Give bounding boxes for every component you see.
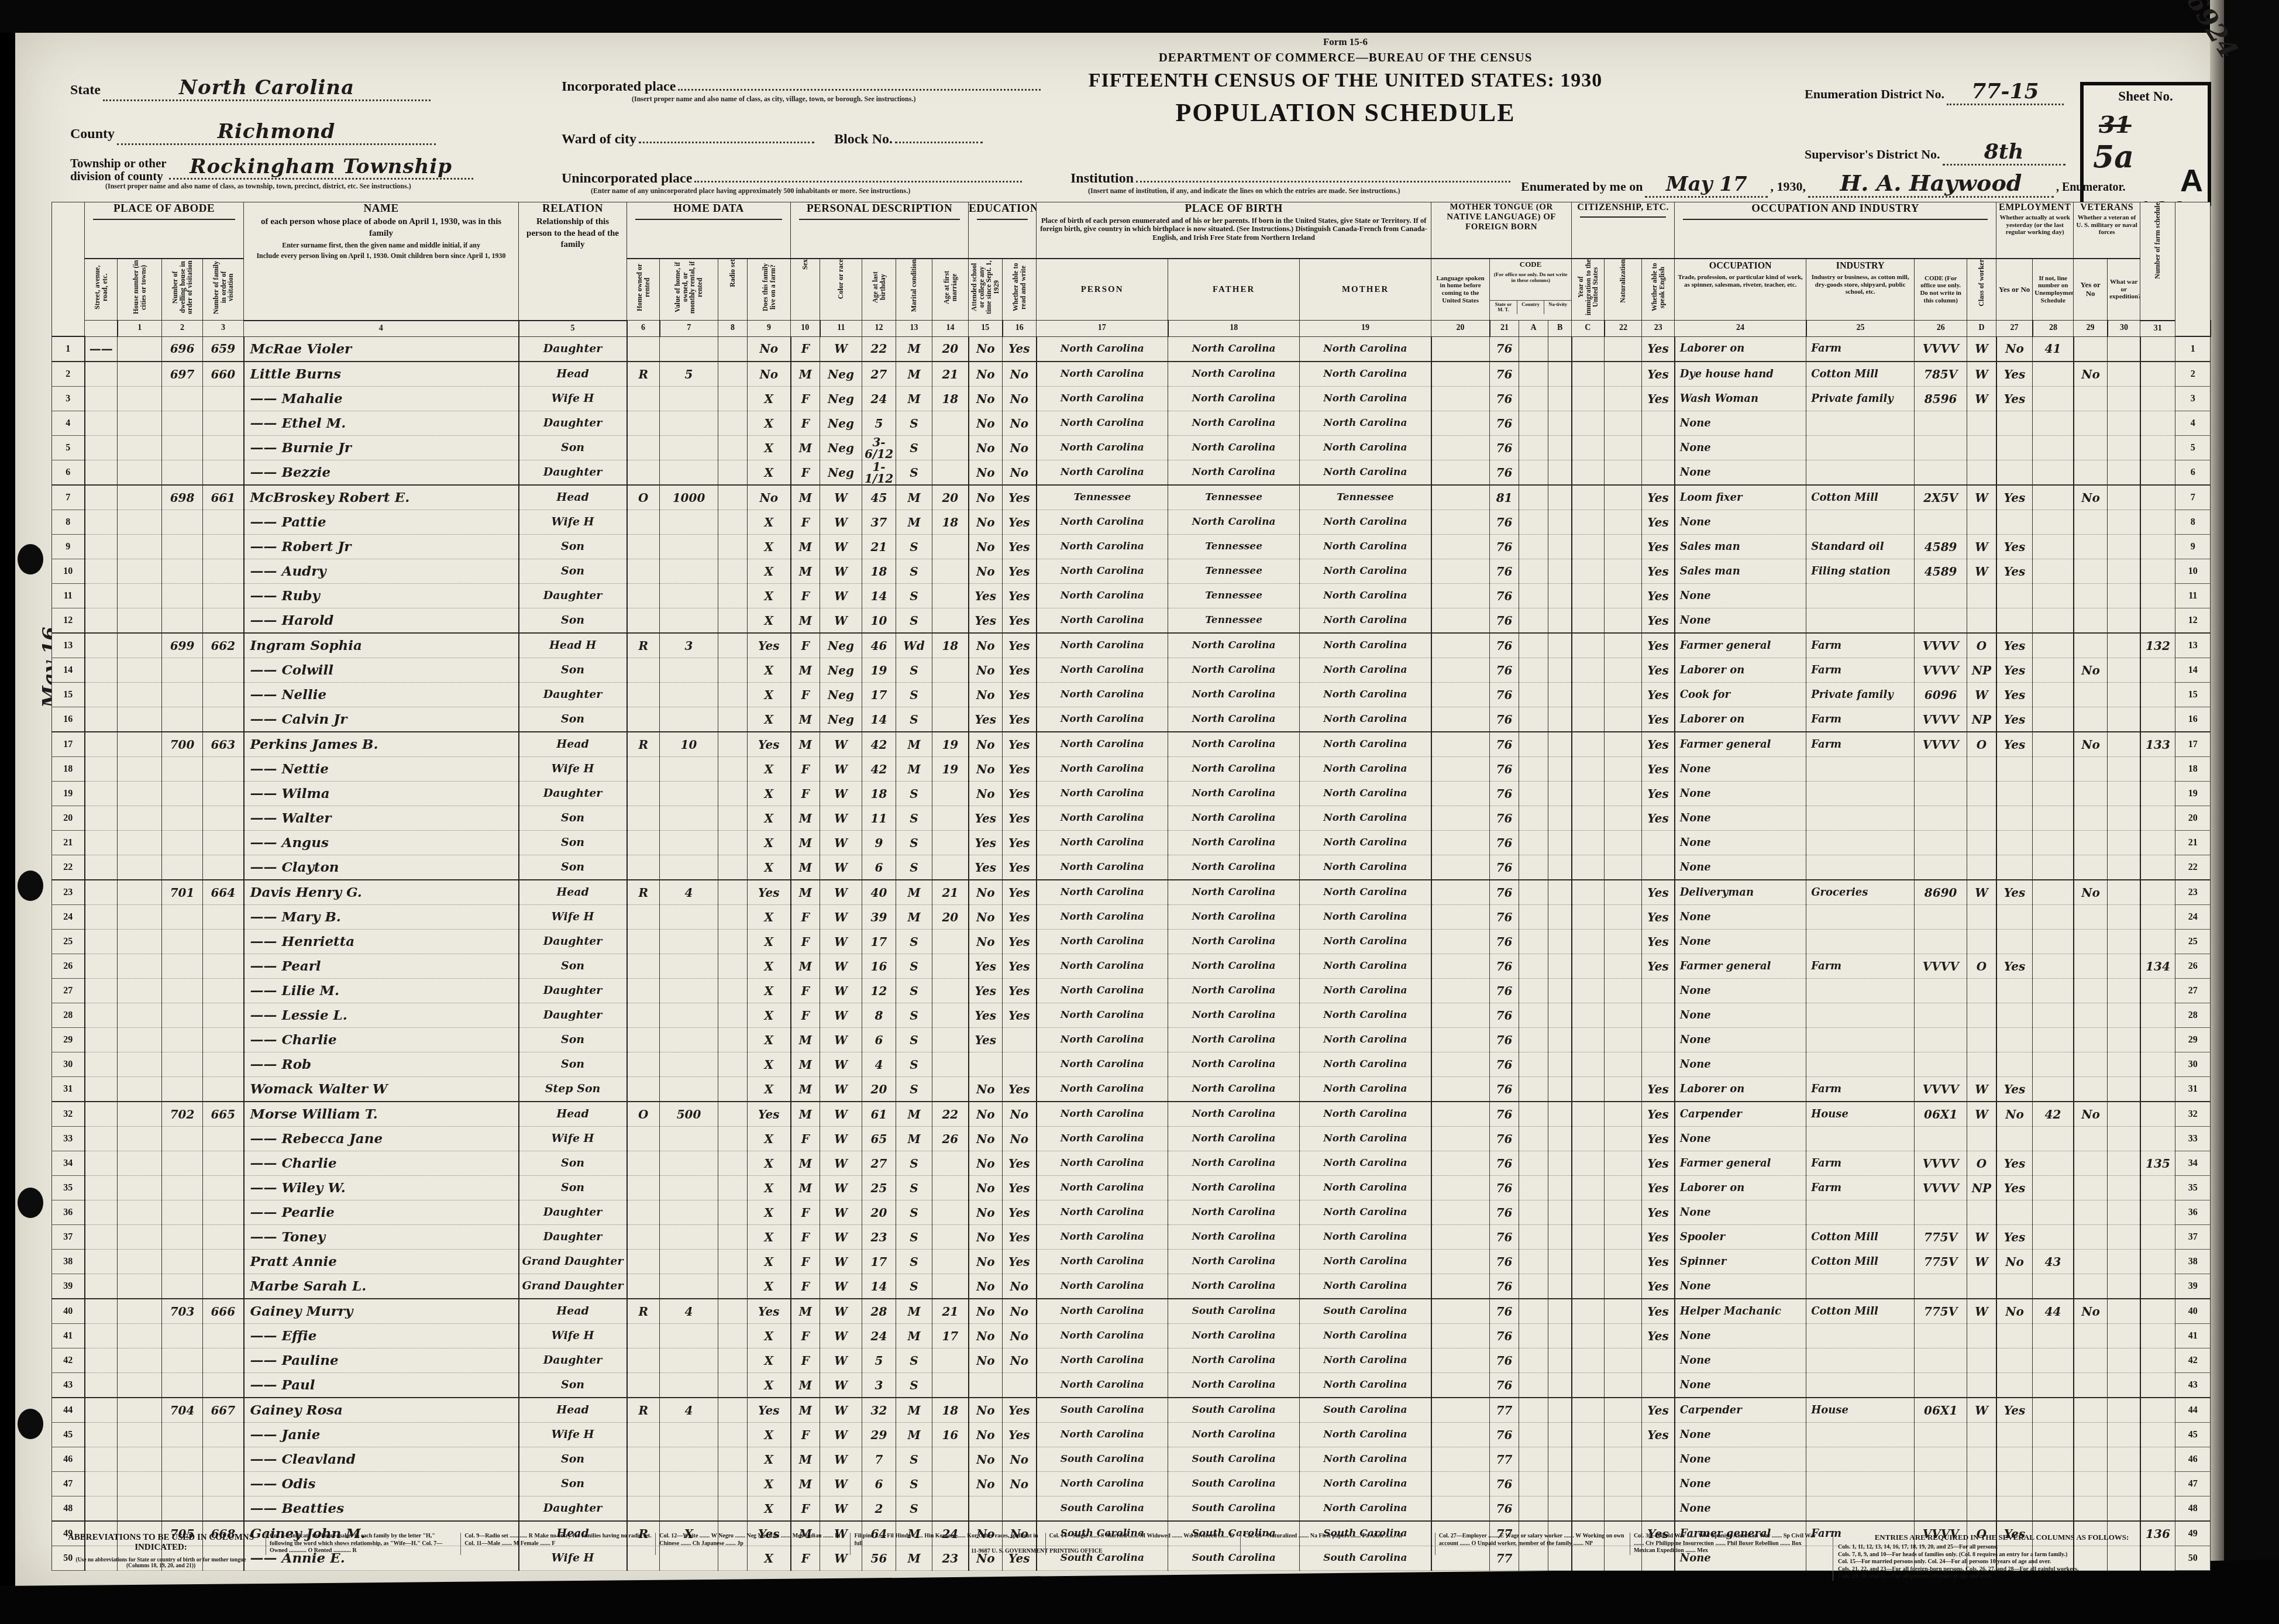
cell-vl bbox=[660, 1447, 718, 1472]
col-at-work: Yes or No bbox=[1996, 259, 2033, 321]
cell-pf: North Carolina bbox=[1168, 954, 1300, 979]
punch-hole bbox=[18, 871, 43, 901]
cell-am: 20 bbox=[932, 905, 969, 930]
cell-in: Groceries bbox=[1806, 880, 1915, 905]
cell-cc bbox=[1548, 757, 1572, 782]
line-number-left: 37 bbox=[52, 1225, 85, 1250]
cell-wk bbox=[1996, 1003, 2033, 1028]
cell-sc bbox=[969, 1052, 1003, 1077]
cell-ag: 22 bbox=[862, 336, 896, 362]
cell-rd bbox=[718, 608, 748, 634]
cell-pm: South Carolina bbox=[1300, 1398, 1431, 1423]
cell-oc: None bbox=[1675, 510, 1806, 535]
col-occupation-code: CODE (For office use only. Do not write … bbox=[1915, 259, 1967, 321]
cell-ca: 77 bbox=[1490, 1447, 1519, 1472]
cell-vl: 4 bbox=[660, 880, 718, 905]
line-number-left: 8 bbox=[52, 510, 85, 535]
cell-dw bbox=[162, 930, 203, 954]
cell-pf: North Carolina bbox=[1168, 1102, 1300, 1127]
cell-ul bbox=[2033, 1324, 2074, 1348]
cell-ow bbox=[627, 1225, 660, 1250]
line-number-left: 31 bbox=[52, 1077, 85, 1102]
line-number-right: 18 bbox=[2175, 757, 2211, 782]
cell-ho bbox=[118, 1472, 162, 1496]
cell-rd bbox=[718, 1250, 748, 1274]
cell-oc: None bbox=[1675, 806, 1806, 831]
cell-ul bbox=[2033, 905, 2074, 930]
column-number-6: 6 bbox=[627, 321, 660, 337]
cell-mr: S bbox=[896, 930, 932, 954]
cell-wr bbox=[2108, 1274, 2140, 1299]
cell-nm: Marbe Sarah L. bbox=[244, 1274, 519, 1299]
cell-fs bbox=[2140, 930, 2175, 954]
cell-st bbox=[85, 1052, 118, 1077]
cell-cc bbox=[1548, 436, 1572, 460]
cell-sx: F bbox=[791, 1274, 820, 1299]
cell-cc bbox=[1548, 683, 1572, 707]
cell-oc: None bbox=[1675, 930, 1806, 954]
cell-oc: Wash Woman bbox=[1675, 387, 1806, 411]
cell-fa: X bbox=[748, 979, 791, 1003]
block-label: Block No. bbox=[834, 132, 893, 147]
cell-ag: 9 bbox=[862, 831, 896, 855]
cell-cd: VVVV bbox=[1915, 658, 1967, 683]
cell-im bbox=[1572, 880, 1605, 905]
cell-sc bbox=[969, 1373, 1003, 1398]
cell-na bbox=[1605, 1299, 1642, 1324]
cell-ca: 76 bbox=[1490, 1324, 1519, 1348]
cell-wr bbox=[2108, 1127, 2140, 1151]
cell-im bbox=[1572, 1127, 1605, 1151]
cell-na bbox=[1605, 831, 1642, 855]
cell-cd: 8596 bbox=[1915, 387, 1967, 411]
cell-sc: No bbox=[969, 1472, 1003, 1496]
cell-st: —— bbox=[85, 336, 118, 362]
cell-in bbox=[1806, 1496, 1915, 1522]
cell-vl bbox=[660, 510, 718, 535]
cell-sx: M bbox=[791, 362, 820, 387]
cell-rc: Neg bbox=[820, 633, 862, 658]
cell-ho bbox=[118, 559, 162, 584]
entries-note: Cols. 7, 8, 9, and 10—For heads of famil… bbox=[1838, 1551, 2166, 1559]
cell-rw: Yes bbox=[1003, 1176, 1037, 1200]
cell-sc: No bbox=[969, 732, 1003, 757]
paper-edge-right bbox=[2210, 0, 2224, 1624]
cell-rl: Son bbox=[519, 1151, 627, 1176]
cell-mr: S bbox=[896, 1003, 932, 1028]
cell-ul bbox=[2033, 954, 2074, 979]
cell-sc: Yes bbox=[969, 1028, 1003, 1052]
cell-nm: —— Burnie Jr bbox=[244, 436, 519, 460]
cell-cd bbox=[1915, 1472, 1967, 1496]
cell-en: Yes bbox=[1642, 782, 1675, 806]
cell-oc: None bbox=[1675, 979, 1806, 1003]
cell-rd bbox=[718, 436, 748, 460]
cell-im bbox=[1572, 1373, 1605, 1398]
cell-rd bbox=[718, 1324, 748, 1348]
cell-sc: No bbox=[969, 1102, 1003, 1127]
cell-fa: X bbox=[748, 782, 791, 806]
cell-oc: Farmer general bbox=[1675, 1151, 1806, 1176]
cell-cl: W bbox=[1967, 362, 1996, 387]
line-number-left: 18 bbox=[52, 757, 85, 782]
cell-wr bbox=[2108, 608, 2140, 634]
census-row-38: 38Pratt AnnieGrand DaughterXFW17SNoYesNo… bbox=[52, 1250, 2211, 1274]
cell-ho bbox=[118, 633, 162, 658]
cell-pm: North Carolina bbox=[1300, 362, 1431, 387]
cell-rw: No bbox=[1003, 1299, 1037, 1324]
cell-en bbox=[1642, 1472, 1675, 1496]
cell-wk bbox=[1996, 782, 2033, 806]
census-row-33: 33—— Rebecca JaneWife HXFW65M26NoNoNorth… bbox=[52, 1127, 2211, 1151]
census-row-6: 6—— BezzieDaughterXFNeg1-1/12SNoNoNorth … bbox=[52, 460, 2211, 486]
group-citizenship: CITIZENSHIP, ETC. bbox=[1572, 202, 1675, 259]
cell-st bbox=[85, 1299, 118, 1324]
cell-en: Yes bbox=[1642, 584, 1675, 608]
group-education: EDUCATION bbox=[969, 202, 1037, 259]
census-row-39: 39Marbe Sarah L.Grand DaughterXFW14SNoNo… bbox=[52, 1274, 2211, 1299]
cell-pb: North Carolina bbox=[1037, 1052, 1168, 1077]
cell-cc bbox=[1548, 930, 1572, 954]
cell-rc: W bbox=[820, 732, 862, 757]
cell-ho bbox=[118, 1003, 162, 1028]
cell-pb: North Carolina bbox=[1037, 608, 1168, 634]
cell-ow bbox=[627, 1496, 660, 1522]
cell-rl: Son bbox=[519, 1472, 627, 1496]
cell-rc: Neg bbox=[820, 707, 862, 732]
cell-vt bbox=[2074, 387, 2108, 411]
col-birthplace-father: FATHER bbox=[1168, 259, 1300, 321]
cell-vl bbox=[660, 1324, 718, 1348]
col-unemployment-line: If not, line number on Unemployment Sche… bbox=[2033, 259, 2074, 321]
cell-rd bbox=[718, 387, 748, 411]
cell-sx: F bbox=[791, 1250, 820, 1274]
cell-wk bbox=[1996, 1274, 2033, 1299]
cell-oc: Laborer on bbox=[1675, 1176, 1806, 1200]
cell-ow bbox=[627, 1077, 660, 1102]
cell-en: Yes bbox=[1642, 1151, 1675, 1176]
cell-vt bbox=[2074, 707, 2108, 732]
cell-cc bbox=[1548, 1102, 1572, 1127]
cell-rl: Head bbox=[519, 485, 627, 510]
cell-in bbox=[1806, 831, 1915, 855]
cell-vl bbox=[660, 460, 718, 486]
cell-vl bbox=[660, 979, 718, 1003]
cell-cl bbox=[1967, 510, 1996, 535]
cell-cl bbox=[1967, 806, 1996, 831]
line-number-column-header bbox=[2175, 202, 2211, 337]
cell-fs bbox=[2140, 1373, 2175, 1398]
cell-sc: No bbox=[969, 460, 1003, 486]
cell-ow bbox=[627, 1127, 660, 1151]
column-number-16: 16 bbox=[1003, 321, 1037, 337]
cell-wr bbox=[2108, 485, 2140, 510]
cell-oc: None bbox=[1675, 757, 1806, 782]
line-number-left: 27 bbox=[52, 979, 85, 1003]
column-number-20: 20 bbox=[1431, 321, 1490, 337]
cell-fm bbox=[203, 1496, 244, 1522]
cell-fs bbox=[2140, 855, 2175, 880]
cell-pm: North Carolina bbox=[1300, 855, 1431, 880]
cell-ag: 32 bbox=[862, 1398, 896, 1423]
cell-wr bbox=[2108, 1052, 2140, 1077]
line-number-right: 32 bbox=[2175, 1102, 2211, 1127]
cell-rc: W bbox=[820, 1225, 862, 1250]
cell-ca: 76 bbox=[1490, 1052, 1519, 1077]
cell-ho bbox=[118, 1299, 162, 1324]
cell-fa: X bbox=[748, 608, 791, 634]
cell-dw bbox=[162, 411, 203, 436]
cell-rw: Yes bbox=[1003, 782, 1037, 806]
cell-mt bbox=[1431, 535, 1490, 559]
cell-en bbox=[1642, 411, 1675, 436]
line-number-right: 19 bbox=[2175, 782, 2211, 806]
cell-rl: Daughter bbox=[519, 1496, 627, 1522]
cell-wr bbox=[2108, 387, 2140, 411]
cell-pm: North Carolina bbox=[1300, 633, 1431, 658]
cell-ow bbox=[627, 855, 660, 880]
cell-wr bbox=[2108, 510, 2140, 535]
cell-dw: 703 bbox=[162, 1299, 203, 1324]
census-row-15: 15—— NellieDaughterXFNeg17SNoYesNorth Ca… bbox=[52, 683, 2211, 707]
cell-st bbox=[85, 1127, 118, 1151]
cell-am bbox=[932, 1176, 969, 1200]
cell-pb: North Carolina bbox=[1037, 387, 1168, 411]
cell-rl: Wife H bbox=[519, 757, 627, 782]
line-number-left: 11 bbox=[52, 584, 85, 608]
cell-ul bbox=[2033, 1274, 2074, 1299]
incorporated-field: Incorporated place (Insert proper name a… bbox=[562, 79, 1041, 104]
cell-vl bbox=[660, 707, 718, 732]
cell-sc: No bbox=[969, 1077, 1003, 1102]
cell-ul: 43 bbox=[2033, 1250, 2074, 1274]
cell-am bbox=[932, 979, 969, 1003]
line-number-right: 50 bbox=[2175, 1546, 2211, 1571]
cell-fs bbox=[2140, 485, 2175, 510]
state-label: State bbox=[70, 82, 101, 98]
census-row-3: 3—— MahalieWife HXFNeg24M18NoNoNorth Car… bbox=[52, 387, 2211, 411]
cell-oc: None bbox=[1675, 1028, 1806, 1052]
cell-fs bbox=[2140, 1398, 2175, 1423]
cell-pb: North Carolina bbox=[1037, 1250, 1168, 1274]
cell-ul bbox=[2033, 1423, 2074, 1447]
cell-rd bbox=[718, 658, 748, 683]
col-school: Attended school or college any time sinc… bbox=[969, 259, 1003, 321]
cell-fm bbox=[203, 1127, 244, 1151]
cell-st bbox=[85, 1028, 118, 1052]
cell-cl: W bbox=[1967, 1225, 1996, 1250]
cell-pm: North Carolina bbox=[1300, 880, 1431, 905]
cell-pb: North Carolina bbox=[1037, 1299, 1168, 1324]
cell-sc: No bbox=[969, 411, 1003, 436]
line-number-left: 48 bbox=[52, 1496, 85, 1522]
cell-sc: Yes bbox=[969, 855, 1003, 880]
cell-pb: North Carolina bbox=[1037, 1423, 1168, 1447]
cell-na bbox=[1605, 1176, 1642, 1200]
cell-ul bbox=[2033, 1176, 2074, 1200]
cell-nm: —— Lessie L. bbox=[244, 1003, 519, 1028]
cell-en: Yes bbox=[1642, 683, 1675, 707]
cell-ca: 76 bbox=[1490, 411, 1519, 436]
cell-na bbox=[1605, 855, 1642, 880]
cell-rd bbox=[718, 1052, 748, 1077]
cell-cc bbox=[1548, 1077, 1572, 1102]
cell-dw bbox=[162, 510, 203, 535]
line-number-left: 5 bbox=[52, 436, 85, 460]
cell-en bbox=[1642, 1447, 1675, 1472]
cell-nm: —— Walter bbox=[244, 806, 519, 831]
cell-ca: 76 bbox=[1490, 1028, 1519, 1052]
cell-wr bbox=[2108, 362, 2140, 387]
cell-fm bbox=[203, 1151, 244, 1176]
cell-in bbox=[1806, 1028, 1915, 1052]
cell-cl: W bbox=[1967, 1299, 1996, 1324]
cell-im bbox=[1572, 1423, 1605, 1447]
cell-ul bbox=[2033, 633, 2074, 658]
cell-rw: Yes bbox=[1003, 1225, 1037, 1250]
cell-fm: 665 bbox=[203, 1102, 244, 1127]
cell-ca: 76 bbox=[1490, 930, 1519, 954]
cell-ag: 20 bbox=[862, 1200, 896, 1225]
column-number-10: 10 bbox=[791, 321, 820, 337]
cell-im bbox=[1572, 387, 1605, 411]
cell-mr: S bbox=[896, 1151, 932, 1176]
cell-fm bbox=[203, 1052, 244, 1077]
cell-mt bbox=[1431, 1447, 1490, 1472]
cell-ho bbox=[118, 1028, 162, 1052]
cell-sc: No bbox=[969, 1176, 1003, 1200]
cell-na bbox=[1605, 1447, 1642, 1472]
cell-fa: X bbox=[748, 930, 791, 954]
cell-rc: W bbox=[820, 1077, 862, 1102]
cell-ag: 6 bbox=[862, 1028, 896, 1052]
cell-ow bbox=[627, 782, 660, 806]
cell-dw bbox=[162, 855, 203, 880]
cell-ag: 39 bbox=[862, 905, 896, 930]
cell-im bbox=[1572, 1225, 1605, 1250]
ed-value: 77-15 bbox=[1947, 79, 2064, 105]
cell-sx: M bbox=[791, 831, 820, 855]
cell-rl: Wife H bbox=[519, 1423, 627, 1447]
cell-nm: —— Bezzie bbox=[244, 460, 519, 486]
cell-cl bbox=[1967, 1274, 1996, 1299]
line-number-left: 44 bbox=[52, 1398, 85, 1423]
cell-pf: North Carolina bbox=[1168, 1373, 1300, 1398]
cell-fs bbox=[2140, 535, 2175, 559]
cell-nm: Perkins James B. bbox=[244, 732, 519, 757]
cell-rw: Yes bbox=[1003, 930, 1037, 954]
cell-am: 20 bbox=[932, 336, 969, 362]
cell-oc: Spinner bbox=[1675, 1250, 1806, 1274]
line-number-left: 21 bbox=[52, 831, 85, 855]
cell-am bbox=[932, 559, 969, 584]
cell-am bbox=[932, 683, 969, 707]
cell-st bbox=[85, 1003, 118, 1028]
cell-fs bbox=[2140, 460, 2175, 486]
cell-sc: No bbox=[969, 535, 1003, 559]
cell-vl bbox=[660, 1496, 718, 1522]
cell-pm: Tennessee bbox=[1300, 485, 1431, 510]
cell-cl: W bbox=[1967, 559, 1996, 584]
cell-ca: 76 bbox=[1490, 1102, 1519, 1127]
cell-ca: 76 bbox=[1490, 633, 1519, 658]
cell-pf: North Carolina bbox=[1168, 905, 1300, 930]
cell-ca: 76 bbox=[1490, 1423, 1519, 1447]
cell-na bbox=[1605, 1250, 1642, 1274]
printing-office-note: 11-9687 U. S. GOVERNMENT PRINTING OFFICE bbox=[971, 1548, 1103, 1554]
cell-ag: 4 bbox=[862, 1052, 896, 1077]
cell-mt bbox=[1431, 1250, 1490, 1274]
cell-wr bbox=[2108, 584, 2140, 608]
cell-fs bbox=[2140, 584, 2175, 608]
cell-nm: —— Pattie bbox=[244, 510, 519, 535]
cell-im bbox=[1572, 1077, 1605, 1102]
cell-rl: Head bbox=[519, 1398, 627, 1423]
cell-rl: Head bbox=[519, 732, 627, 757]
cell-ho bbox=[118, 732, 162, 757]
cell-fs bbox=[2140, 436, 2175, 460]
cell-cl bbox=[1967, 436, 1996, 460]
cell-im bbox=[1572, 806, 1605, 831]
cell-wr bbox=[2108, 1225, 2140, 1250]
ed-field: Enumeration District No. 77-15 bbox=[1805, 79, 2064, 105]
cell-pf: North Carolina bbox=[1168, 1077, 1300, 1102]
cell-fm bbox=[203, 1472, 244, 1496]
cell-vt: No bbox=[2074, 485, 2108, 510]
cell-fm: 666 bbox=[203, 1299, 244, 1324]
cell-im bbox=[1572, 1200, 1605, 1225]
cell-mt bbox=[1431, 1324, 1490, 1348]
cell-mr: S bbox=[896, 1176, 932, 1200]
cell-fs bbox=[2140, 362, 2175, 387]
cell-ul bbox=[2033, 1225, 2074, 1250]
cell-vt bbox=[2074, 1398, 2108, 1423]
cell-ul bbox=[2033, 1496, 2074, 1522]
cell-fs: 134 bbox=[2140, 954, 2175, 979]
cell-fs bbox=[2140, 707, 2175, 732]
cell-sx: F bbox=[791, 930, 820, 954]
cell-en bbox=[1642, 1373, 1675, 1398]
cell-pm: North Carolina bbox=[1300, 930, 1431, 954]
col-age: Age at last birthday bbox=[862, 259, 896, 321]
cell-pb: North Carolina bbox=[1037, 559, 1168, 584]
cell-sc: No bbox=[969, 683, 1003, 707]
cell-vl bbox=[660, 1151, 718, 1176]
cell-pf: North Carolina bbox=[1168, 1250, 1300, 1274]
cell-cc bbox=[1548, 1373, 1572, 1398]
line-number-right: 7 bbox=[2175, 485, 2211, 510]
cell-sc: No bbox=[969, 362, 1003, 387]
cell-sx: F bbox=[791, 905, 820, 930]
cell-vt bbox=[2074, 1423, 2108, 1447]
cell-im bbox=[1572, 485, 1605, 510]
cell-rl: Head bbox=[519, 1299, 627, 1324]
cell-cb bbox=[1519, 1348, 1548, 1373]
cell-cl: W bbox=[1967, 1102, 1996, 1127]
cell-ag: 10 bbox=[862, 608, 896, 634]
cell-pm: North Carolina bbox=[1300, 1127, 1431, 1151]
cell-ow bbox=[627, 387, 660, 411]
cell-ow: R bbox=[627, 1299, 660, 1324]
cell-ho bbox=[118, 1200, 162, 1225]
cell-rd bbox=[718, 1102, 748, 1127]
cell-vl bbox=[660, 782, 718, 806]
cell-pb: North Carolina bbox=[1037, 584, 1168, 608]
cell-dw bbox=[162, 1472, 203, 1496]
cell-cb bbox=[1519, 535, 1548, 559]
abbreviation-note: Col. 9—Radio set ............ R Make no … bbox=[460, 1533, 655, 1555]
cell-mt bbox=[1431, 336, 1490, 362]
